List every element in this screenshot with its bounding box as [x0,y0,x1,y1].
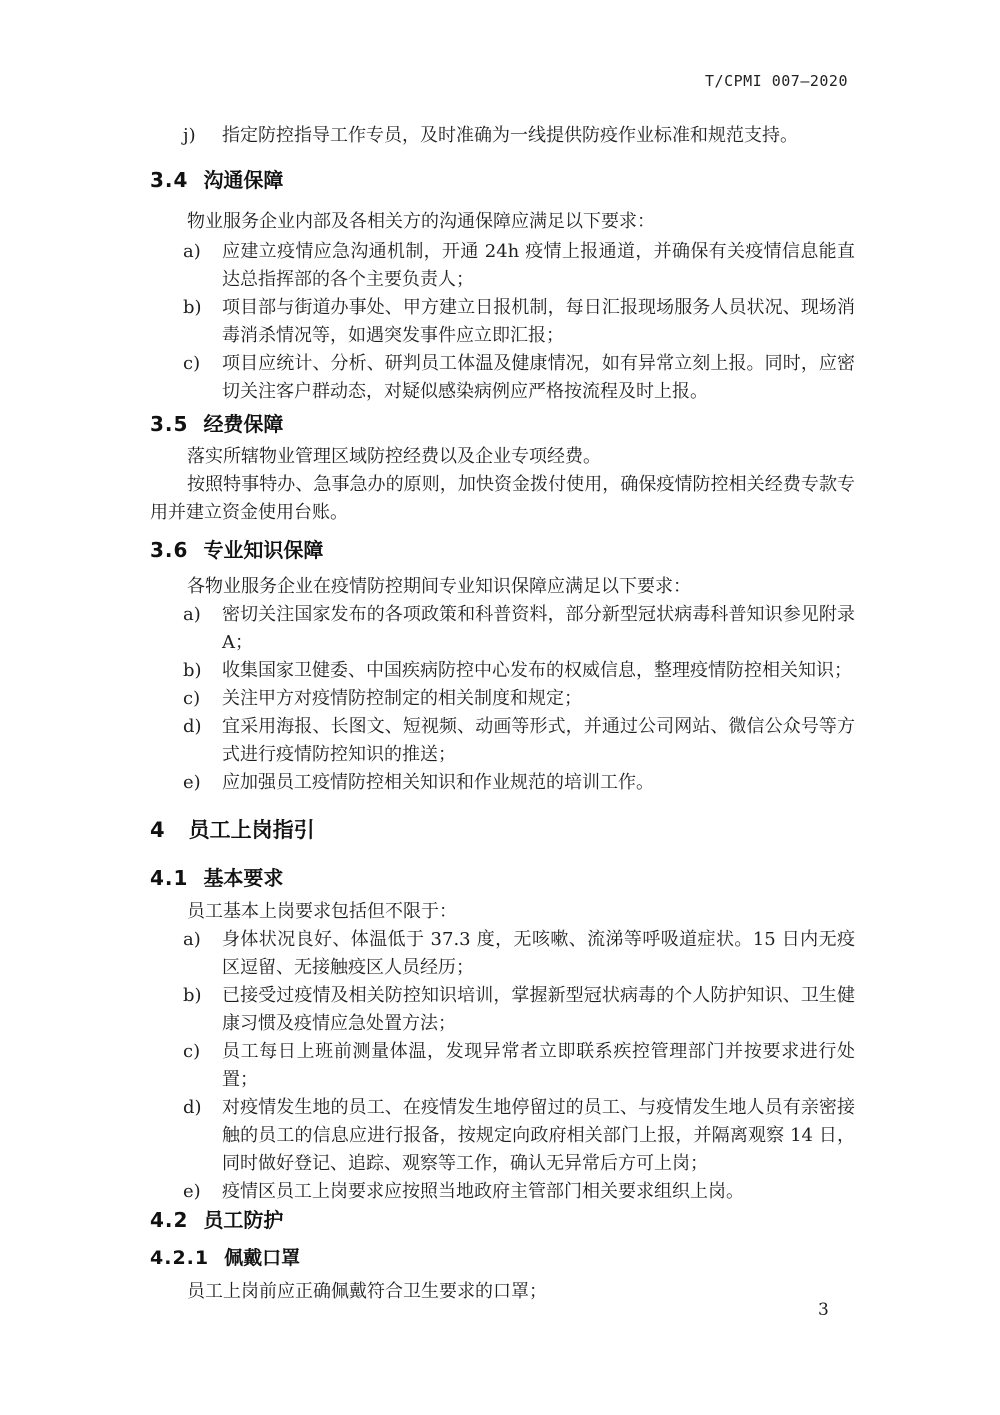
list-item: b) 已接受过疫情及相关防控知识培训，掌握新型冠状病毒的个人防护知识、卫生健康习… [150,982,855,1038]
list-item-text: 指定防控指导工作专员，及时准确为一线提供防疫作业标准和规范支持。 [222,125,798,146]
chapter-number: 4 [150,815,165,845]
list-marker: d) [183,1094,202,1122]
document-code-header: T/CPMI 007—2020 [150,72,848,90]
list-marker: c) [183,350,200,378]
list-item-text: 应加强员工疫情防控相关知识和作业规范的培训工作。 [222,772,654,793]
list-marker: b) [183,982,202,1010]
paragraph-4-1-intro: 员工基本上岗要求包括但不限于： [150,898,855,926]
list-item-text: 员工每日上班前测量体温，发现异常者立即联系疾控管理部门并按要求进行处置； [222,1041,855,1090]
list-item-text: 宜采用海报、长图文、短视频、动画等形式，并通过公司网站、微信公众号等方式进行疫情… [222,716,855,765]
subsection-heading-4-2-1: 4.2.1 佩戴口罩 [150,1244,855,1272]
document-page: T/CPMI 007—2020 j) 指定防控指导工作专员，及时准确为一线提供防… [0,0,1000,1415]
list-marker: e) [183,1178,201,1206]
paragraph-3-5-1: 落实所辖物业管理区域防控经费以及企业专项经费。 [150,443,855,471]
section-title: 员工防护 [203,1206,283,1234]
list-marker: c) [183,1038,200,1066]
section-number: 3.4 [150,166,188,194]
section-heading-3-5: 3.5 经费保障 [150,410,855,438]
list-item: d) 对疫情发生地的员工、在疫情发生地停留过的员工、与疫情发生地人员有亲密接触的… [150,1094,855,1178]
list-item-text: 收集国家卫健委、中国疾病防控中心发布的权威信息，整理疫情防控相关知识； [222,660,852,681]
section-heading-3-6: 3.6 专业知识保障 [150,536,855,564]
section-title: 经费保障 [203,410,283,438]
section-heading-4-1: 4.1 基本要求 [150,864,855,892]
list-marker: e) [183,769,201,797]
list-item: b) 收集国家卫健委、中国疾病防控中心发布的权威信息，整理疫情防控相关知识； [150,657,855,685]
list-marker: a) [183,238,201,266]
subsection-title: 佩戴口罩 [224,1244,300,1272]
paragraph-3-4-intro: 物业服务企业内部及各相关方的沟通保障应满足以下要求： [150,208,855,236]
subsection-number: 4.2.1 [150,1244,209,1272]
list-item: c) 项目应统计、分析、研判员工体温及健康情况，如有异常立刻上报。同时，应密切关… [150,350,855,406]
chapter-title: 员工上岗指引 [189,815,315,845]
list-item-text: 对疫情发生地的员工、在疫情发生地停留过的员工、与疫情发生地人员有亲密接触的员工的… [222,1097,855,1174]
list-marker: a) [183,601,201,629]
list-item-text: 密切关注国家发布的各项政策和科普资料，部分新型冠状病毒科普知识参见附录A； [222,604,855,653]
page-content: j) 指定防控指导工作专员，及时准确为一线提供防疫作业标准和规范支持。 3.4 … [150,122,855,1306]
section-number: 3.5 [150,410,188,438]
list-marker: c) [183,685,200,713]
page-number: 3 [818,1300,829,1320]
list-item-text: 关注甲方对疫情防控制定的相关制度和规定； [222,688,582,709]
section-title: 沟通保障 [203,166,283,194]
list-item: c) 员工每日上班前测量体温，发现异常者立即联系疾控管理部门并按要求进行处置； [150,1038,855,1094]
list-marker: a) [183,926,201,954]
list-3-4: a) 应建立疫情应急沟通机制，开通 24h 疫情上报通道，并确保有关疫情信息能直… [150,238,855,406]
list-item: a) 身体状况良好、体温低于 37.3 度，无咳嗽、流涕等呼吸道症状。15 日内… [150,926,855,982]
paragraph-3-5-2: 按照特事特办、急事急办的原则，加快资金拨付使用，确保疫情防控相关经费专款专用并建… [150,471,855,527]
section-heading-3-4: 3.4 沟通保障 [150,166,855,194]
list-item: b) 项目部与街道办事处、甲方建立日报机制，每日汇报现场服务人员状况、现场消毒消… [150,294,855,350]
list-item-j: j) 指定防控指导工作专员，及时准确为一线提供防疫作业标准和规范支持。 [150,122,855,150]
list-item-text: 身体状况良好、体温低于 37.3 度，无咳嗽、流涕等呼吸道症状。15 日内无疫区… [222,929,855,978]
list-item: c) 关注甲方对疫情防控制定的相关制度和规定； [150,685,855,713]
list-item-text: 疫情区员工上岗要求应按照当地政府主管部门相关要求组织上岗。 [222,1181,744,1202]
list-item-text: 项目应统计、分析、研判员工体温及健康情况，如有异常立刻上报。同时，应密切关注客户… [222,353,855,402]
list-item: d) 宜采用海报、长图文、短视频、动画等形式，并通过公司网站、微信公众号等方式进… [150,713,855,769]
list-marker: b) [183,294,202,322]
list-item-text: 已接受过疫情及相关防控知识培训，掌握新型冠状病毒的个人防护知识、卫生健康习惯及疫… [222,985,855,1034]
list-item-text: 应建立疫情应急沟通机制，开通 24h 疫情上报通道，并确保有关疫情信息能直达总指… [222,241,855,290]
section-number: 3.6 [150,536,188,564]
list-marker: j) [183,122,196,150]
list-item: a) 密切关注国家发布的各项政策和科普资料，部分新型冠状病毒科普知识参见附录A； [150,601,855,657]
section-title: 基本要求 [203,864,283,892]
chapter-heading-4: 4 员工上岗指引 [150,815,855,845]
list-marker: d) [183,713,202,741]
list-4-1: a) 身体状况良好、体温低于 37.3 度，无咳嗽、流涕等呼吸道症状。15 日内… [150,926,855,1206]
list-item: e) 疫情区员工上岗要求应按照当地政府主管部门相关要求组织上岗。 [150,1178,855,1206]
list-item: e) 应加强员工疫情防控相关知识和作业规范的培训工作。 [150,769,855,797]
paragraph-3-6-intro: 各物业服务企业在疫情防控期间专业知识保障应满足以下要求： [150,573,855,601]
section-title: 专业知识保障 [203,536,323,564]
section-number: 4.1 [150,864,188,892]
list-item: a) 应建立疫情应急沟通机制，开通 24h 疫情上报通道，并确保有关疫情信息能直… [150,238,855,294]
list-3-6: a) 密切关注国家发布的各项政策和科普资料，部分新型冠状病毒科普知识参见附录A；… [150,601,855,797]
section-number: 4.2 [150,1206,188,1234]
paragraph-4-2-1: 员工上岗前应正确佩戴符合卫生要求的口罩； [150,1278,855,1306]
list-marker: b) [183,657,202,685]
section-heading-4-2: 4.2 员工防护 [150,1206,855,1234]
list-item-text: 项目部与街道办事处、甲方建立日报机制，每日汇报现场服务人员状况、现场消毒消杀情况… [222,297,855,346]
